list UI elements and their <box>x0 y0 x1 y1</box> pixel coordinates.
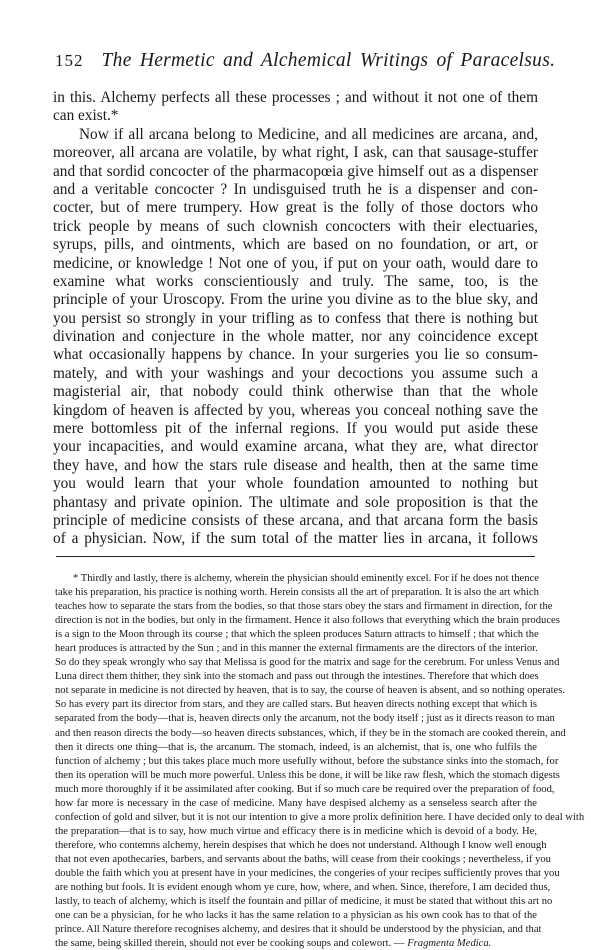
footnote-source: Fragmenta Medica. <box>407 938 491 949</box>
footnote: * Thirdly and lastly, there is alchemy, … <box>55 572 537 950</box>
text-line: mere bottomless pit of the infernal regi… <box>53 420 538 438</box>
footnote-line: much more thoroughly if it be assimilate… <box>55 783 537 797</box>
text-line: what occasionally happens by chance. In … <box>53 346 538 364</box>
text-line: medicine, or knowledge ! Not one of you,… <box>53 255 538 273</box>
footnote-line: are nothing but fools. It is evident eno… <box>55 881 537 895</box>
text-line: divination and conjecture in the whole m… <box>53 328 538 346</box>
footnote-line: therefore, who contemns alchemy, herein … <box>55 839 537 853</box>
footnote-line: Luna direct them thither, they sink into… <box>55 670 537 684</box>
footnote-line: take his preparation, his practice is no… <box>55 586 537 600</box>
footnote-divider <box>56 556 535 557</box>
text-line: you would learn that your whole foundati… <box>53 475 538 493</box>
footnote-line: is a sign to the Moon through its course… <box>55 628 537 642</box>
paragraph-start-line: Now if all arcana belong to Medicine, an… <box>53 126 538 144</box>
footnote-line: double the faith which you at present ha… <box>55 867 537 881</box>
text-line: can exist.* <box>53 107 538 125</box>
text-line: they have, and how the stars rule diseas… <box>53 457 538 475</box>
page-number: 152 <box>55 51 84 70</box>
text-line: magisterial air, that nobody could think… <box>53 383 538 401</box>
main-text: in this. Alchemy perfects all these proc… <box>53 89 538 549</box>
text-line: principle of medicine consists of these … <box>53 512 538 530</box>
footnote-start-line: * Thirdly and lastly, there is alchemy, … <box>55 572 537 586</box>
text-line: your incapacities, and would examine arc… <box>53 438 538 456</box>
text-line: syrups, pills, and ointments, which are … <box>53 236 538 254</box>
text-line: of a physician. Now, if the sum total of… <box>53 530 538 548</box>
footnote-line: lastly, to teach of alchemy, which is it… <box>55 895 537 909</box>
book-page: 152 The Hermetic and Alchemical Writings… <box>0 0 591 950</box>
footnote-line: not separate in medicine is not directed… <box>55 684 537 698</box>
footnote-line: So has every part its director from star… <box>55 698 537 712</box>
running-title: The Hermetic and Alchemical Writings of … <box>102 50 556 71</box>
footnote-line: function of alchemy ; but this takes pla… <box>55 755 537 769</box>
text-line: in this. Alchemy perfects all these proc… <box>53 89 538 107</box>
text-line: and that sordid concocter of the pharmac… <box>53 163 538 181</box>
text-line: principle of your Uroscopy. From the uri… <box>53 291 538 309</box>
footnote-line: heart produces is attracted by the Sun ;… <box>55 642 537 656</box>
text-line: examine what works conscientiously and t… <box>53 273 538 291</box>
text-line: and a veritable concocter ? In undisguis… <box>53 181 538 199</box>
footnote-line: teaches how to separate the stars from t… <box>55 600 537 614</box>
text-line: you persist so strongly in your trifling… <box>53 310 538 328</box>
footnote-line: then it directs one thing—that is, the a… <box>55 741 537 755</box>
footnote-line: the preparation—that is to say, how much… <box>55 825 537 839</box>
text-line: moreover, all arcana are volatile, by wh… <box>53 144 538 162</box>
footnote-line: that not even apothecaries, barbers, and… <box>55 853 537 867</box>
footnote-line: separated from the body—that is, heaven … <box>55 712 537 726</box>
footnote-line: confection of gold and silver, but it is… <box>55 811 537 825</box>
running-head: 152 The Hermetic and Alchemical Writings… <box>55 50 535 76</box>
text-line: cocter, but of mere trumpery. How great … <box>53 199 538 217</box>
text-line: phantasy and private opinion. The ultima… <box>53 494 538 512</box>
footnote-line-text: the same, being skilled therein, should … <box>55 938 405 949</box>
footnote-line: one can be a physician, for he who lacks… <box>55 909 537 923</box>
footnote-line: how far more is necessary in the case of… <box>55 797 537 811</box>
text-line: kingdom of heaven is affected by you, wh… <box>53 402 538 420</box>
footnote-last-line: the same, being skilled therein, should … <box>55 937 537 950</box>
footnote-line: and then reason directs the body—so heav… <box>55 727 537 741</box>
footnote-line: then its operation will be much more pow… <box>55 769 537 783</box>
footnote-line: prince. All Nature therefore recognises … <box>55 923 537 937</box>
footnote-line: So do they speak wrongly who say that Me… <box>55 656 537 670</box>
footnote-line: direction is not in the bodies, but only… <box>55 614 537 628</box>
text-line: mately, and with your washings and your … <box>53 365 538 383</box>
text-line: trick people by means of such clownish c… <box>53 218 538 236</box>
